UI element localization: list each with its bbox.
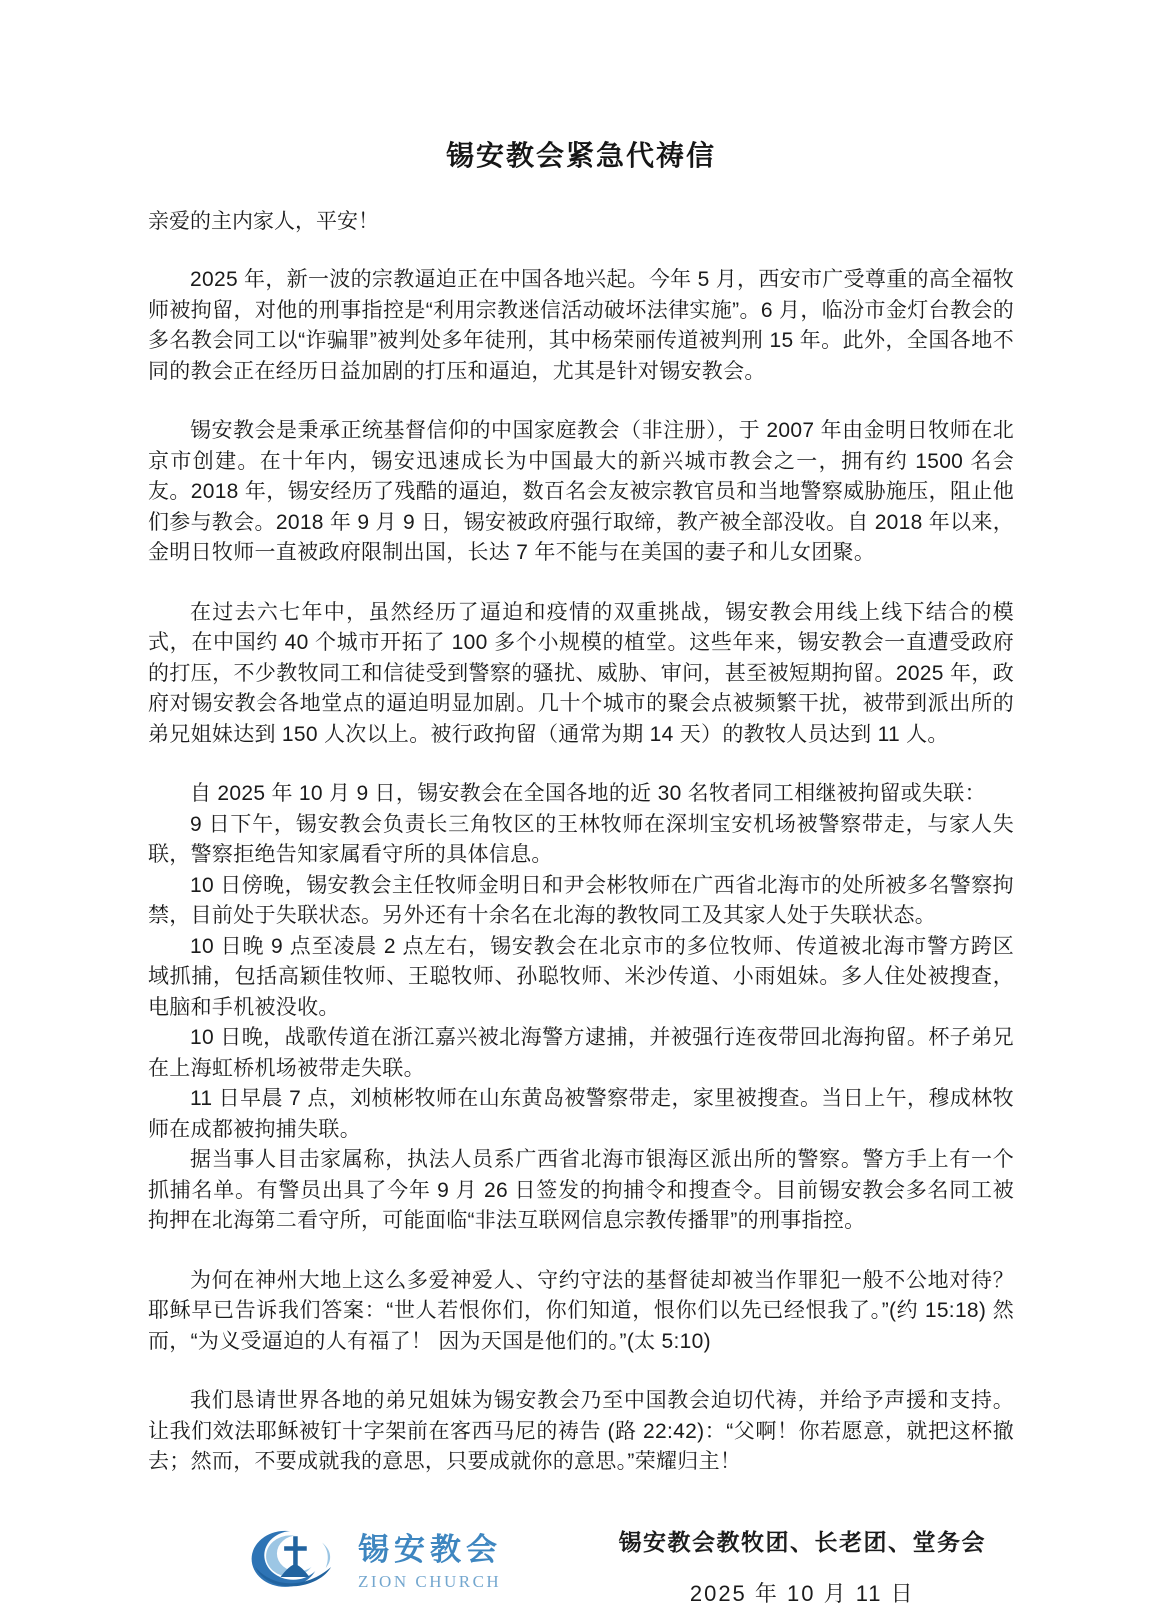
document-page: 锡安教会紧急代祷信 亲爱的主内家人，平安！ 2025 年，新一波的宗教逼迫正在中…: [0, 0, 1152, 1606]
logo-name-chinese: 锡安教会: [358, 1524, 502, 1569]
paragraph: 10 日晚，战歌传道在浙江嘉兴被北海警方逮捕，并被强行连夜带回北海拘留。杯子弟兄…: [148, 1023, 1014, 1084]
church-logo-icon: [248, 1525, 342, 1591]
logo-name-english: ZION CHURCH: [358, 1572, 502, 1592]
paragraph: 11 日早晨 7 点，刘桢彬牧师在山东黄岛被警察带走，家里被搜查。当日上午，穆成…: [148, 1084, 1014, 1145]
paragraph: 自 2025 年 10 月 9 日，锡安教会在全国各地的近 30 名牧者同工相继…: [148, 779, 1014, 810]
paragraph: 10 日傍晚，锡安教会主任牧师金明日和尹会彬牧师在广西省北海市的处所被多名警察拘…: [148, 871, 1014, 932]
paragraph: 9 日下午，锡安教会负责长三角牧区的王林牧师在深圳宝安机场被警察带走，与家人失联…: [148, 810, 1014, 871]
logo-wordmark: 锡安教会 ZION CHURCH: [358, 1524, 502, 1592]
section-recent-years: 在过去六七年中，虽然经历了逼迫和疫情的双重挑战，锡安教会用线上线下结合的模式，在…: [148, 598, 1014, 751]
zion-church-logo: 锡安教会 ZION CHURCH: [248, 1524, 502, 1592]
paragraph: 锡安教会是秉承正统基督信仰的中国家庭教会（非注册），于 2007 年由金明日牧师…: [148, 416, 1014, 569]
signature-block: 锡安教会教牧团、长老团、堂务会 2025 年 10 月 11 日: [619, 1524, 987, 1606]
section-persecution-overview: 2025 年，新一波的宗教逼迫正在中国各地兴起。今年 5 月，西安市广受尊重的高…: [148, 265, 1014, 387]
signature-line: 锡安教会教牧团、长老团、堂务会: [619, 1524, 987, 1557]
paragraph: 据当事人目击家属称，执法人员系广西省北海市银海区派出所的警察。警方手上有一个抓捕…: [148, 1145, 1014, 1237]
paragraph: 10 日晚 9 点至凌晨 2 点左右，锡安教会在北京市的多位牧师、传道被北海市警…: [148, 932, 1014, 1024]
page-title: 锡安教会紧急代祷信: [148, 134, 1014, 174]
paragraph: 我们恳请世界各地的弟兄姐妹为锡安教会乃至中国教会迫切代祷，并给予声援和支持。让我…: [148, 1386, 1014, 1478]
paragraph: 2025 年，新一波的宗教逼迫正在中国各地兴起。今年 5 月，西安市广受尊重的高…: [148, 265, 1014, 387]
section-october-events: 自 2025 年 10 月 9 日，锡安教会在全国各地的近 30 名牧者同工相继…: [148, 779, 1014, 1237]
date-line: 2025 年 10 月 11 日: [619, 1577, 987, 1606]
letter-footer: 锡安教会 ZION CHURCH 锡安教会教牧团、长老团、堂务会 2025 年 …: [148, 1524, 1014, 1606]
letter-content: 锡安教会紧急代祷信 亲爱的主内家人，平安！ 2025 年，新一波的宗教逼迫正在中…: [148, 0, 1014, 1606]
paragraph: 在过去六七年中，虽然经历了逼迫和疫情的双重挑战，锡安教会用线上线下结合的模式，在…: [148, 598, 1014, 751]
section-church-history: 锡安教会是秉承正统基督信仰的中国家庭教会（非注册），于 2007 年由金明日牧师…: [148, 416, 1014, 569]
section-scripture-reflection: 为何在神州大地上这么多爱神爱人、守约守法的基督徒却被当作罪犯一般不公地对待？耶稣…: [148, 1266, 1014, 1358]
section-prayer-request: 我们恳请世界各地的弟兄姐妹为锡安教会乃至中国教会迫切代祷，并给予声援和支持。让我…: [148, 1386, 1014, 1478]
greeting-line: 亲爱的主内家人，平安！: [148, 208, 1014, 236]
paragraph: 为何在神州大地上这么多爱神爱人、守约守法的基督徒却被当作罪犯一般不公地对待？耶稣…: [148, 1266, 1014, 1358]
